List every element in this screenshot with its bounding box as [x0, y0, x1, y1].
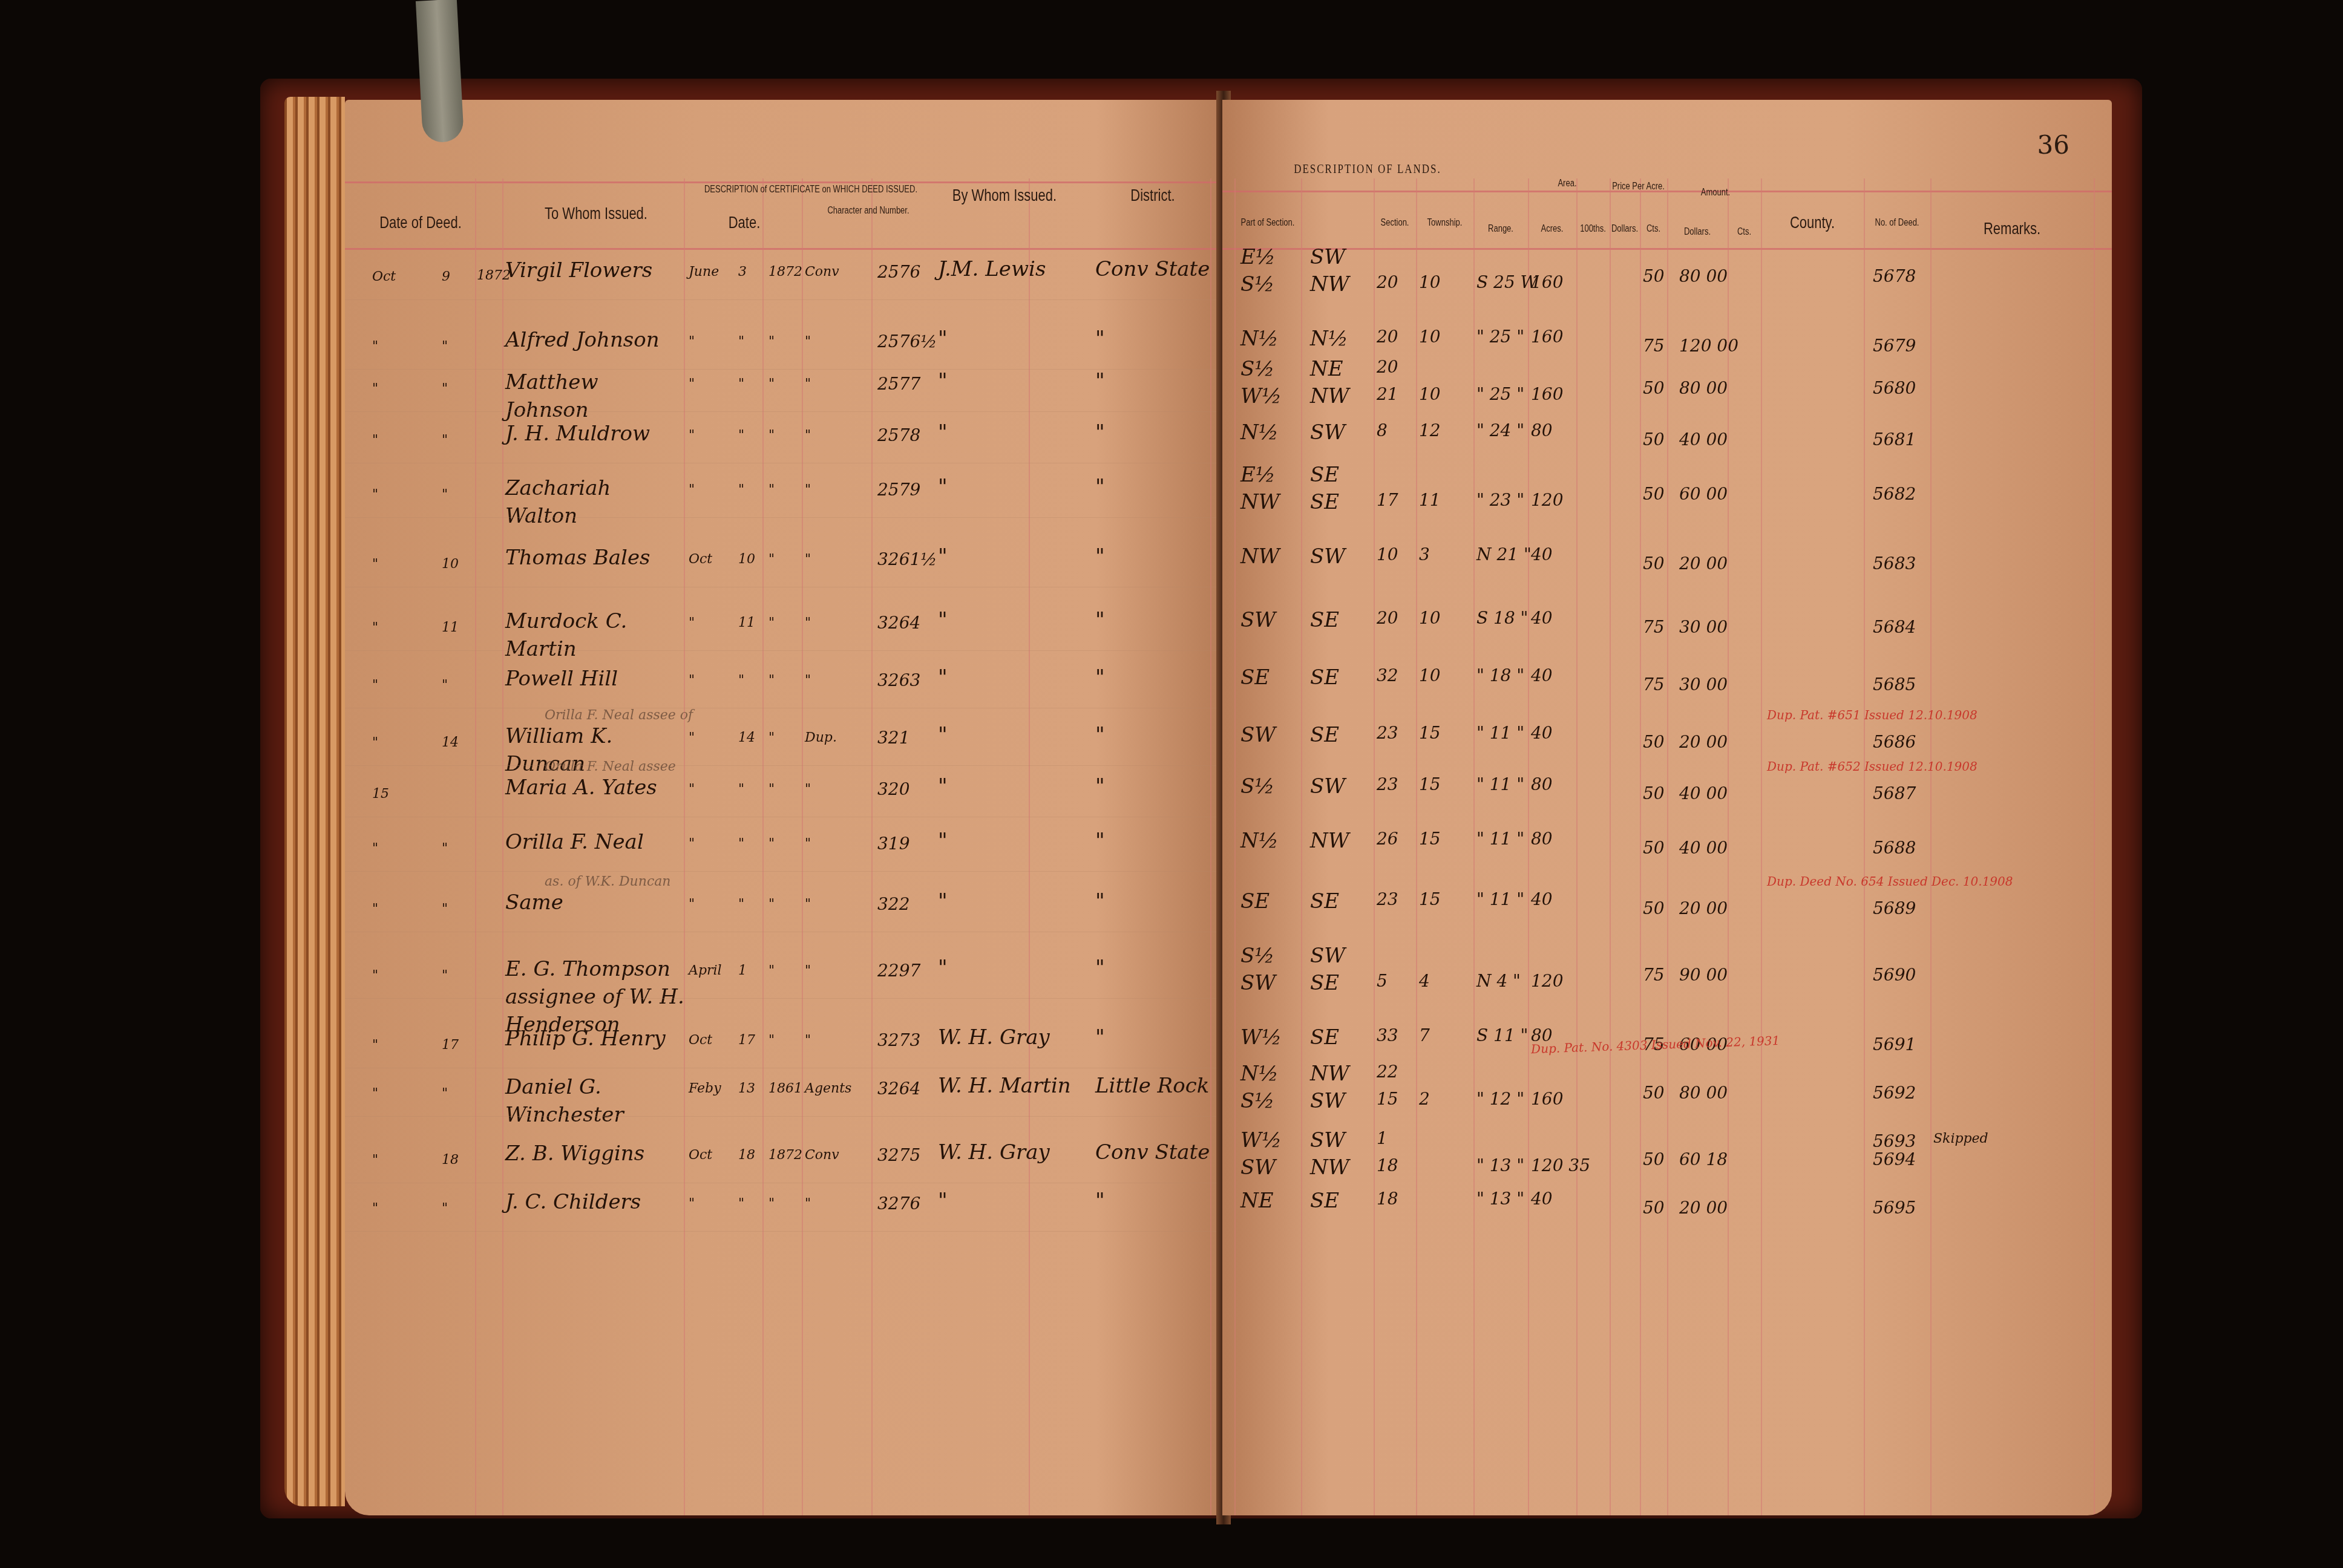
header-price-per-acre: Price Per Acre. — [1610, 180, 1667, 192]
acres: 80 — [1531, 420, 1553, 440]
row-rule — [345, 587, 1228, 587]
acres: 80 — [1531, 774, 1553, 794]
deed-number: 5689 — [1873, 898, 1916, 918]
part-of-section: E½ — [1240, 245, 1276, 269]
cert-number: 320 — [877, 779, 909, 799]
grantee-name: Alfred Johnson — [505, 327, 687, 354]
header-description-of-lands: DESCRIPTION OF LANDS. — [1277, 162, 1458, 177]
district: " — [1095, 369, 1105, 393]
header-no-of-deed: No. of Deed. — [1864, 217, 1930, 228]
acres: 120 35 — [1531, 1155, 1590, 1175]
district: " — [1095, 327, 1105, 351]
range: " 13 " — [1476, 1155, 1524, 1175]
col-rule — [1576, 178, 1578, 1515]
header-character-number: Character and Number. — [805, 204, 932, 216]
amount: 20 00 — [1679, 1198, 1728, 1218]
issued-by: " — [938, 829, 948, 853]
row-rule — [345, 1231, 1228, 1232]
header-area: Area. — [1528, 177, 1607, 189]
deed-number: 5680 — [1873, 378, 1916, 398]
header-hundredths: 100ths. — [1576, 223, 1610, 234]
cert-number: 2297 — [877, 961, 920, 981]
township: 15 — [1419, 829, 1441, 849]
cert-number: 2576 — [877, 262, 920, 282]
cert-day: 10 — [738, 552, 755, 567]
quarter: SE — [1310, 723, 1339, 747]
district: " — [1095, 608, 1105, 632]
cert-year: " — [768, 730, 775, 745]
grantee-name: Daniel G. Winchester — [505, 1074, 687, 1129]
part-of-section: S½ — [1240, 944, 1274, 968]
right-page: 36 DESCRIPTION OF LANDS. Part of Section… — [1222, 100, 2112, 1515]
township: 10 — [1419, 272, 1441, 292]
part-of-section: N½ — [1240, 420, 1279, 445]
deed-number: 5678 — [1873, 266, 1916, 286]
cert-day: " — [738, 428, 744, 443]
district: " — [1095, 475, 1105, 499]
price-cts: 50 — [1643, 732, 1665, 752]
part-of-section: N½ — [1240, 829, 1279, 853]
deed-day: " — [442, 487, 448, 502]
cert-year: " — [768, 615, 775, 630]
amount: 60 18 — [1679, 1149, 1728, 1169]
amount: 20 00 — [1679, 732, 1728, 752]
range: S 25 W — [1476, 272, 1538, 292]
cert-year: " — [768, 1196, 775, 1211]
deed-day: 14 — [442, 735, 459, 750]
amount: 120 00 — [1679, 336, 1738, 356]
range: " 12 " — [1476, 1089, 1524, 1109]
quarter: SW — [1310, 245, 1345, 269]
cert-day: " — [738, 376, 744, 391]
section: 8 — [1377, 420, 1388, 440]
section: 18 — [1377, 1155, 1398, 1175]
deed-month: " — [372, 487, 378, 502]
section: 10 — [1377, 544, 1398, 564]
cert-character: " — [805, 428, 811, 443]
cert-year: " — [768, 836, 775, 851]
deed-month: " — [372, 1086, 378, 1101]
cert-character: " — [805, 897, 811, 912]
header-amount: Amount. — [1670, 186, 1761, 198]
cert-character: " — [805, 552, 811, 567]
acres: 40 — [1531, 723, 1553, 743]
name-annotation: Orilla F. Neal assee — [545, 759, 676, 774]
deed-day: " — [442, 841, 448, 856]
cert-month: " — [689, 376, 695, 391]
issued-by: " — [938, 369, 948, 393]
quarter: SW — [1310, 774, 1345, 799]
deed-number: 5682 — [1873, 484, 1916, 504]
acres: 160 — [1531, 1089, 1563, 1109]
quarter: SE — [1310, 889, 1339, 913]
quarter: SE — [1310, 971, 1339, 995]
cert-number: 3273 — [877, 1030, 920, 1050]
section: 1 — [1377, 1128, 1388, 1148]
deed-month: 15 — [372, 786, 389, 802]
cert-day: " — [738, 334, 744, 349]
row-rule — [345, 1068, 1228, 1068]
district: " — [1095, 889, 1105, 913]
cert-month: " — [689, 482, 695, 497]
amount: 80 00 — [1679, 266, 1728, 286]
cert-month: Oct — [689, 1033, 712, 1048]
cert-character: " — [805, 963, 811, 978]
deed-number: 5690 — [1873, 965, 1916, 985]
township: 12 — [1419, 420, 1441, 440]
section: 26 — [1377, 829, 1398, 849]
section: 20 — [1377, 327, 1398, 347]
header-date-of-deed: Date of Deed. — [369, 213, 472, 233]
township: 3 — [1419, 544, 1430, 564]
cert-character: " — [805, 1196, 811, 1211]
header-amount-dollars: Dollars. — [1667, 226, 1728, 237]
row-rule — [345, 765, 1228, 766]
cert-day: " — [738, 782, 744, 797]
part-of-section: W½ — [1240, 1025, 1282, 1050]
section: 23 — [1377, 723, 1398, 743]
range: " 11 " — [1476, 889, 1524, 909]
cert-year: " — [768, 334, 775, 349]
deed-month: " — [372, 1037, 378, 1053]
price-cts: 50 — [1643, 378, 1665, 398]
cert-number: 3264 — [877, 1079, 920, 1099]
left-page: Date of Deed. To Whom Issued. DESCRIPTIO… — [345, 100, 1228, 1515]
deed-day: " — [442, 1201, 448, 1216]
deed-month: " — [372, 678, 378, 693]
cert-character: " — [805, 673, 811, 688]
col-rule — [1667, 178, 1668, 1515]
amount: 60 00 — [1679, 484, 1728, 504]
deed-month: " — [372, 1152, 378, 1168]
township: 15 — [1419, 774, 1441, 794]
deed-day: " — [442, 339, 448, 354]
section: 20 — [1377, 357, 1398, 377]
deed-number: 5681 — [1873, 430, 1916, 449]
row-rule — [345, 650, 1228, 651]
cert-year: " — [768, 782, 775, 797]
acres: 40 — [1531, 544, 1553, 564]
deed-number: 5683 — [1873, 554, 1916, 573]
grantee-name: Zachariah Walton — [505, 475, 687, 531]
deed-month: " — [372, 381, 378, 396]
col-rule — [1610, 178, 1611, 1515]
cert-year: 1872 — [768, 264, 802, 279]
col-rule — [1473, 178, 1475, 1515]
col-rule — [1234, 178, 1236, 1515]
row-rule — [345, 817, 1228, 817]
issued-by: " — [938, 723, 948, 747]
cert-number: 3261½ — [877, 549, 937, 569]
price-cts: 75 — [1643, 336, 1665, 356]
col-rule — [1210, 178, 1211, 1515]
deed-month: " — [372, 735, 378, 750]
price-cts: 75 — [1643, 965, 1665, 985]
cert-day: 13 — [738, 1081, 755, 1096]
row-rule — [345, 1116, 1228, 1117]
col-rule — [1528, 178, 1529, 1515]
deed-number: 5691 — [1873, 1034, 1916, 1054]
cert-day: 14 — [738, 730, 755, 745]
cert-month: " — [689, 673, 695, 688]
township: 11 — [1419, 490, 1441, 510]
cert-month: " — [689, 782, 695, 797]
deed-day: 9 — [442, 269, 450, 284]
price-cts: 75 — [1643, 617, 1665, 637]
col-rule — [1728, 178, 1729, 1515]
quarter: NW — [1310, 384, 1349, 408]
district: " — [1095, 774, 1105, 799]
cert-year: " — [768, 897, 775, 912]
cert-year: " — [768, 1033, 775, 1048]
header-county: County. — [1761, 213, 1864, 233]
cert-character: Agents — [805, 1081, 851, 1096]
part-of-section: SE — [1240, 665, 1270, 690]
deed-month: " — [372, 1201, 378, 1216]
section: 20 — [1377, 608, 1398, 628]
cert-number: 3275 — [877, 1145, 920, 1165]
part-of-section: SW — [1240, 1155, 1276, 1180]
township: 2 — [1419, 1089, 1430, 1109]
deed-day: " — [442, 381, 448, 396]
price-cts: 75 — [1643, 675, 1665, 694]
section: 22 — [1377, 1062, 1398, 1082]
cert-year: " — [768, 428, 775, 443]
cert-character: Dup. — [805, 730, 837, 745]
deed-month: " — [372, 557, 378, 572]
remark: Skipped — [1933, 1131, 1988, 1146]
cert-number: 3276 — [877, 1194, 920, 1214]
col-rule — [475, 178, 476, 1515]
cert-number: 2576½ — [877, 332, 937, 351]
price-cts: 50 — [1643, 783, 1665, 803]
quarter: SE — [1310, 1025, 1339, 1050]
cert-month: " — [689, 897, 695, 912]
range: " 25 " — [1476, 327, 1524, 347]
row-rule — [345, 517, 1228, 518]
deed-day: " — [442, 901, 448, 916]
col-rule — [762, 178, 764, 1515]
part-of-section: NW — [1240, 544, 1280, 569]
remark: Dup. Pat. #652 Issued 12.10.1908 — [1767, 759, 1978, 774]
township: 15 — [1419, 723, 1441, 743]
section: 23 — [1377, 889, 1398, 909]
deed-day: 18 — [442, 1152, 459, 1168]
cert-number: 2577 — [877, 374, 920, 394]
cert-day: 3 — [738, 264, 747, 279]
part-of-section: W½ — [1240, 1128, 1282, 1152]
header-district: District. — [1101, 186, 1204, 206]
issued-by: W. H. Martin — [938, 1074, 1071, 1098]
part-of-section: SE — [1240, 889, 1270, 913]
header-price-cts: Cts. — [1640, 223, 1667, 234]
township: 7 — [1419, 1025, 1430, 1045]
price-cts: 50 — [1643, 1198, 1665, 1218]
amount: 30 00 — [1679, 675, 1728, 694]
col-rule — [1374, 178, 1375, 1515]
section: 33 — [1377, 1025, 1398, 1045]
cert-month: April — [689, 963, 722, 978]
section: 18 — [1377, 1189, 1398, 1209]
district: " — [1095, 665, 1105, 690]
cert-year: " — [768, 963, 775, 978]
price-cts: 50 — [1643, 430, 1665, 449]
cert-character: " — [805, 1033, 811, 1048]
deed-day: 17 — [442, 1037, 459, 1053]
district: " — [1095, 1025, 1105, 1050]
row-rule — [345, 871, 1228, 872]
cert-character: " — [805, 482, 811, 497]
deed-month: " — [372, 339, 378, 354]
deed-number: 5687 — [1873, 783, 1916, 803]
price-cts: 50 — [1643, 838, 1665, 858]
amount: 30 00 — [1679, 617, 1728, 637]
cert-day: 1 — [738, 963, 747, 978]
page-edges — [284, 97, 345, 1506]
cert-number: 2578 — [877, 425, 920, 445]
deed-number: 5686 — [1873, 732, 1916, 752]
grantee-name: Matthew Johnson — [505, 369, 687, 425]
col-rule — [502, 178, 503, 1515]
deed-number: 5695 — [1873, 1198, 1916, 1218]
quarter: SW — [1310, 420, 1345, 445]
acres: 80 — [1531, 829, 1553, 849]
quarter: SW — [1310, 544, 1345, 569]
township: 4 — [1419, 971, 1430, 991]
col-rule — [1761, 178, 1762, 1515]
cert-month: " — [689, 836, 695, 851]
cert-day: 11 — [738, 615, 755, 630]
range: " 13 " — [1476, 1189, 1524, 1209]
cert-year: " — [768, 376, 775, 391]
cert-month: " — [689, 730, 695, 745]
district: " — [1095, 544, 1105, 569]
cert-day: " — [738, 836, 744, 851]
range: N 21 " — [1476, 544, 1532, 564]
quarter: SE — [1310, 1189, 1339, 1213]
cert-month: " — [689, 334, 695, 349]
acres: 120 — [1531, 971, 1563, 991]
header-acres: Acres. — [1528, 223, 1576, 234]
cert-year: 1872 — [768, 1148, 802, 1163]
header-amount-cts: Cts. — [1728, 226, 1761, 237]
grantee-name: J. H. Muldrow — [505, 420, 687, 448]
deed-number: 5692 — [1873, 1083, 1916, 1103]
cert-year: 1861 — [768, 1081, 802, 1096]
remark: Dup. Pat. #651 Issued 12.10.1908 — [1767, 708, 1978, 722]
district: " — [1095, 723, 1105, 747]
issued-by: " — [938, 665, 948, 690]
grantee-name: Powell Hill — [505, 665, 687, 693]
cert-number: 3264 — [877, 613, 920, 633]
cert-number: 319 — [877, 834, 909, 854]
issued-by: W. H. Gray — [938, 1025, 1050, 1050]
range: S 18 " — [1476, 608, 1529, 628]
quarter: NW — [1310, 829, 1349, 853]
header-section: Section. — [1374, 217, 1416, 228]
cert-day: " — [738, 1196, 744, 1211]
acres: 40 — [1531, 608, 1553, 628]
part-of-section: S½ — [1240, 357, 1274, 381]
grantee-name: Virgil Flowers — [505, 257, 687, 285]
acres: 40 — [1531, 1189, 1553, 1209]
range: " 23 " — [1476, 490, 1524, 510]
part-of-section: E½ — [1240, 463, 1276, 487]
district: " — [1095, 956, 1105, 980]
quarter: SE — [1310, 463, 1339, 487]
section: 21 — [1377, 384, 1398, 404]
part-of-section: SW — [1240, 971, 1276, 995]
name-annotation: as. of W.K. Duncan — [545, 874, 671, 889]
deed-day: " — [442, 1086, 448, 1101]
range: " 11 " — [1476, 774, 1524, 794]
acres: 120 — [1531, 490, 1563, 510]
issued-by: " — [938, 956, 948, 980]
row-rule — [345, 299, 1228, 300]
price-cts: 50 — [1643, 266, 1665, 286]
row-rule — [345, 411, 1228, 412]
amount: 80 00 — [1679, 1083, 1728, 1103]
part-of-section: N½ — [1240, 327, 1279, 351]
range: " 25 " — [1476, 384, 1524, 404]
header-range: Range. — [1473, 223, 1528, 234]
cert-character: " — [805, 376, 811, 391]
acres: 160 — [1531, 384, 1563, 404]
cert-character: " — [805, 782, 811, 797]
cert-day: 17 — [738, 1033, 755, 1048]
amount: 40 00 — [1679, 430, 1728, 449]
range: " 18 " — [1476, 665, 1524, 685]
grantee-name: Z. B. Wiggins — [505, 1140, 687, 1168]
header-to-whom-issued: To Whom Issued. — [514, 204, 678, 224]
part-of-section: NE — [1240, 1189, 1274, 1213]
cert-day: " — [738, 482, 744, 497]
name-annotation: Orilla F. Neal assee of — [545, 708, 693, 723]
grantee-name: Orilla F. Neal — [505, 829, 687, 857]
deed-month: " — [372, 901, 378, 916]
part-of-section: S½ — [1240, 774, 1274, 799]
quarter: N½ — [1310, 327, 1348, 351]
header-part-of-section: Part of Section. — [1234, 217, 1301, 228]
grantee-name: Philip G. Henry — [505, 1025, 687, 1053]
quarter: SE — [1310, 608, 1339, 632]
issued-by: " — [938, 420, 948, 445]
cert-year: " — [768, 673, 775, 688]
deed-number: 5688 — [1873, 838, 1916, 858]
part-of-section: SW — [1240, 723, 1276, 747]
range: " 24 " — [1476, 420, 1524, 440]
quarter: SE — [1310, 665, 1339, 690]
cert-character: Conv — [805, 264, 839, 279]
issued-by: J.M. Lewis — [938, 257, 1046, 281]
deed-day: " — [442, 678, 448, 693]
township: 10 — [1419, 327, 1441, 347]
deed-month: Oct — [372, 269, 396, 284]
part-of-section: NW — [1240, 490, 1280, 514]
price-cts: 50 — [1643, 1083, 1665, 1103]
quarter: SE — [1310, 490, 1339, 514]
amount: 20 00 — [1679, 554, 1728, 573]
row-rule — [345, 932, 1228, 932]
amount: 40 00 — [1679, 838, 1728, 858]
cert-month: Oct — [689, 552, 712, 567]
header-by-whom-issued: By Whom Issued. — [938, 186, 1071, 206]
township: 10 — [1419, 665, 1441, 685]
issued-by: " — [938, 774, 948, 799]
township: 15 — [1419, 889, 1441, 909]
col-rule — [871, 178, 873, 1515]
col-rule — [1864, 178, 1865, 1515]
